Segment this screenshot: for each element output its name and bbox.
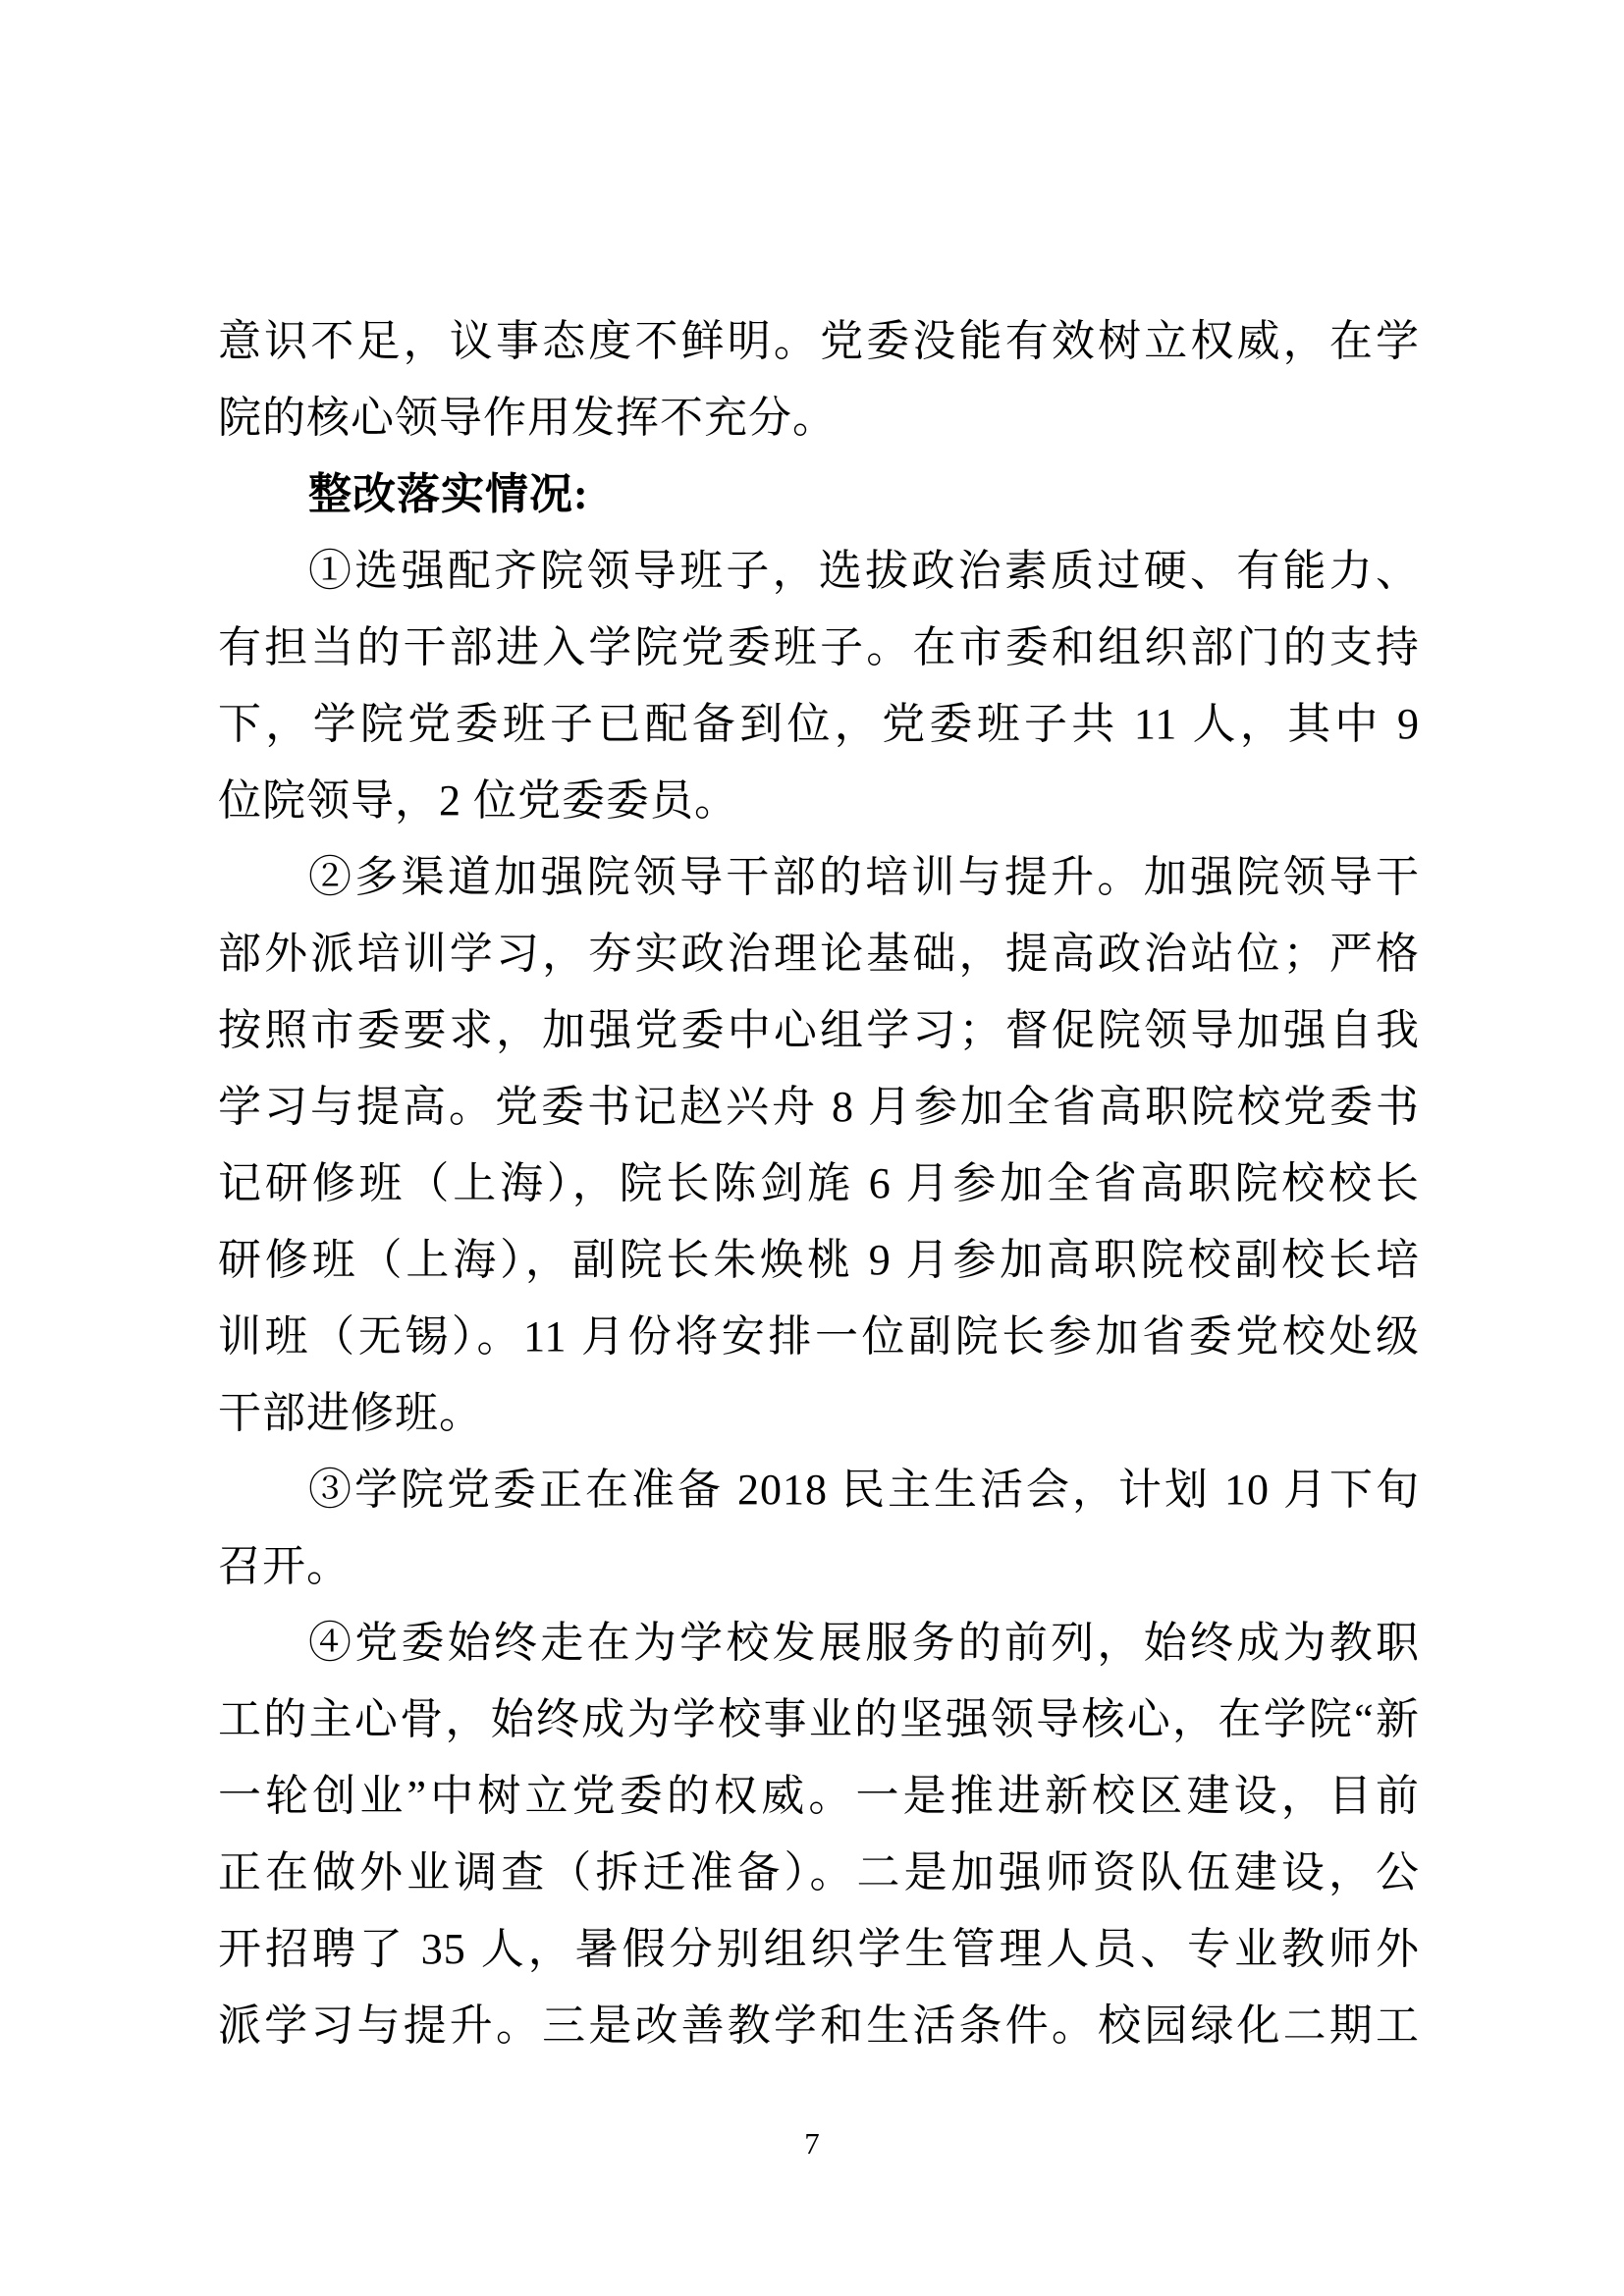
text-line: 学习与提高。党委书记赵兴舟 8 月参加全省高职院校党委书 — [218, 1069, 1420, 1146]
page-number: 7 — [0, 2122, 1624, 2165]
text-line: 工的主心骨，始终成为学校事业的坚强领导核心，在学院“新 — [218, 1682, 1420, 1758]
text-line: 位院领导，2 位党委委员。 — [218, 763, 1420, 839]
text-line: 训班（无锡）。11 月份将安排一位副院长参加省委党校处级 — [218, 1299, 1420, 1375]
text-line: ④党委始终走在为学校发展服务的前列，始终成为教职 — [218, 1605, 1420, 1682]
text-line: 派学习与提升。三是改善教学和生活条件。校园绿化二期工 — [218, 1988, 1420, 2064]
text-line: 整改落实情况: — [218, 456, 1420, 533]
text-line: 有担当的干部进入学院党委班子。在市委和组织部门的支持 — [218, 610, 1420, 686]
text-line: 院的核心领导作用发挥不充分。 — [218, 380, 1420, 456]
text-line: 按照市委要求，加强党委中心组学习；督促院领导加强自我 — [218, 992, 1420, 1069]
text-line: 意识不足，议事态度不鲜明。党委没能有效树立权威，在学 — [218, 303, 1420, 380]
text-line: ③学院党委正在准备 2018 民主生活会，计划 10 月下旬 — [218, 1452, 1420, 1528]
text-line: 开招聘了 35 人，暑假分别组织学生管理人员、专业教师外 — [218, 1911, 1420, 1988]
text-line: 研修班（上海），副院长朱焕桃 9 月参加高职院校副校长培 — [218, 1222, 1420, 1299]
text-line: 部外派培训学习，夯实政治理论基础，提高政治站位；严格 — [218, 916, 1420, 992]
document-page: 意识不足，议事态度不鲜明。党委没能有效树立权威，在学院的核心领导作用发挥不充分。… — [0, 0, 1624, 2296]
text-line: 干部进修班。 — [218, 1375, 1420, 1452]
text-line: ①选强配齐院领导班子，选拔政治素质过硬、有能力、 — [218, 533, 1420, 610]
document-body: 意识不足，议事态度不鲜明。党委没能有效树立权威，在学院的核心领导作用发挥不充分。… — [218, 303, 1420, 2064]
text-line: 记研修班（上海），院长陈剑旄 6 月参加全省高职院校校长 — [218, 1146, 1420, 1222]
text-line: 召开。 — [218, 1528, 1420, 1605]
text-line: 一轮创业”中树立党委的权威。一是推进新校区建设，目前 — [218, 1758, 1420, 1835]
text-line: ②多渠道加强院领导干部的培训与提升。加强院领导干 — [218, 839, 1420, 916]
text-line: 下，学院党委班子已配备到位，党委班子共 11 人，其中 9 — [218, 686, 1420, 763]
text-line: 正在做外业调查（拆迁准备）。二是加强师资队伍建设，公 — [218, 1835, 1420, 1911]
